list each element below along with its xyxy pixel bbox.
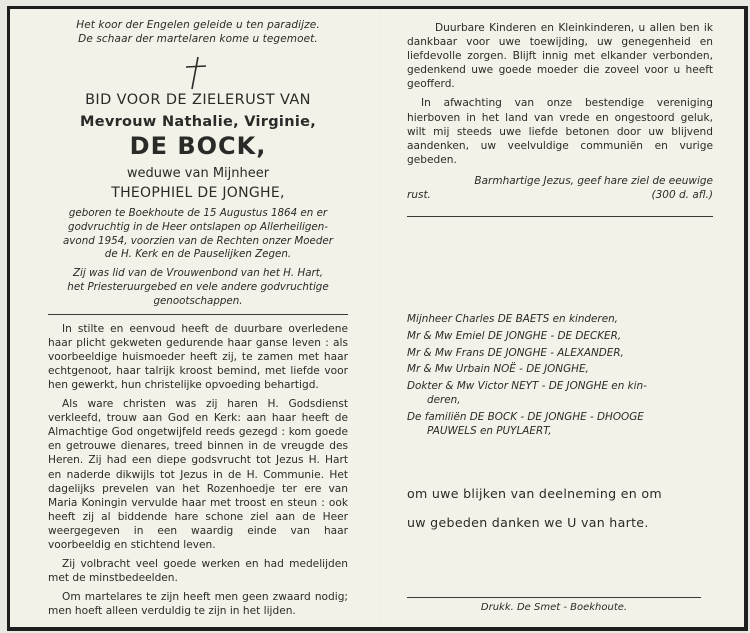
family-line: Mr & Mw Urbain NOË - DE JONGHE, — [407, 361, 713, 378]
center-fold — [380, 9, 382, 627]
biography-line: de H. Kerk en de Pauselijken Zegen. — [48, 248, 348, 262]
opening-verse: Het koor der Engelen geleide u ten parad… — [48, 18, 348, 46]
verse-line: Het koor der Engelen geleide u ten parad… — [48, 18, 348, 32]
widow-of-label: weduwe van Mijnheer — [48, 166, 348, 181]
farewell-text: Duurbare Kinderen en Kleinkinderen, u al… — [407, 21, 713, 167]
family-line: Mr & Mw Frans DE JONGHE - ALEXANDER, — [407, 345, 713, 362]
thanks-line: uw gebeden danken we U van harte. — [407, 508, 713, 537]
prayer-end-row: rust. (300 d. afl.) — [407, 188, 713, 202]
prayer-line: Barmhartige Jezus, geef hare ziel de eeu… — [407, 174, 713, 188]
memorial-card: Het koor der Engelen geleide u ten parad… — [7, 6, 748, 631]
tribute-paragraph: In stilte en eenvoud heeft de duurbare o… — [48, 322, 348, 392]
family-line: Mijnheer Charles DE BAETS en kinderen, — [407, 311, 713, 328]
family-list: Mijnheer Charles DE BAETS en kinderen, M… — [407, 311, 713, 439]
biography: geboren te Boekhoute de 15 Augustus 1864… — [48, 207, 348, 262]
membership-line: genootschappen. — [48, 295, 348, 309]
tribute-paragraph: Als ware christen was zij haren H. Godsd… — [48, 397, 348, 552]
right-panel: Duurbare Kinderen en Kleinkinderen, u al… — [407, 9, 713, 537]
deceased-surname: DE BOCK, — [48, 132, 348, 160]
biography-line: geboren te Boekhoute de 15 Augustus 1864… — [48, 207, 348, 221]
thanks-message: om uwe blijken van deelneming en om uw g… — [407, 479, 713, 537]
verse-line: De schaar der martelaren kome u tegemoet… — [48, 32, 348, 46]
thanks-line: om uwe blijken van deelneming en om — [407, 479, 713, 508]
prayer-end: rust. — [407, 188, 431, 202]
cross-container — [48, 54, 348, 90]
tribute-paragraph: Om martelares te zijn heeft men geen zwa… — [48, 590, 348, 618]
husband-name: THEOPHIEL DE JONGHE, — [48, 185, 348, 201]
prayer-heading: BID VOOR DE ZIELERUST VAN — [48, 92, 348, 108]
divider — [407, 216, 713, 217]
closing-prayer: Barmhartige Jezus, geef hare ziel de eeu… — [407, 174, 713, 202]
indulgence-note: (300 d. afl.) — [652, 188, 713, 202]
membership-line: Zij was lid van de Vrouwenbond van het H… — [48, 267, 348, 281]
footer-divider — [407, 597, 701, 598]
divider — [48, 314, 348, 315]
biography-line: godvruchtig in de Heer ontslapen op Alle… — [48, 221, 348, 235]
tribute-paragraph: Zij volbracht veel goede werken en had m… — [48, 557, 348, 585]
printer-credit: Drukk. De Smet - Boekhoute. — [407, 602, 701, 613]
membership: Zij was lid van de Vrouwenbond van het H… — [48, 267, 348, 308]
membership-line: het Priesteruurgebed en vele andere godv… — [48, 281, 348, 295]
left-panel: Het koor der Engelen geleide u ten parad… — [48, 9, 348, 618]
farewell-paragraph: Duurbare Kinderen en Kleinkinderen, u al… — [407, 21, 713, 91]
deceased-given-names: Mevrouw Nathalie, Virginie, — [48, 114, 348, 130]
tribute-text: In stilte en eenvoud heeft de duurbare o… — [48, 322, 348, 619]
biography-line: avond 1954, voorzien van de Rechten onze… — [48, 235, 348, 249]
family-line: Mr & Mw Emiel DE JONGHE - DE DECKER, — [407, 328, 713, 345]
farewell-paragraph: In afwachting van onze bestendige vereni… — [407, 96, 713, 166]
cross-icon — [184, 56, 208, 90]
